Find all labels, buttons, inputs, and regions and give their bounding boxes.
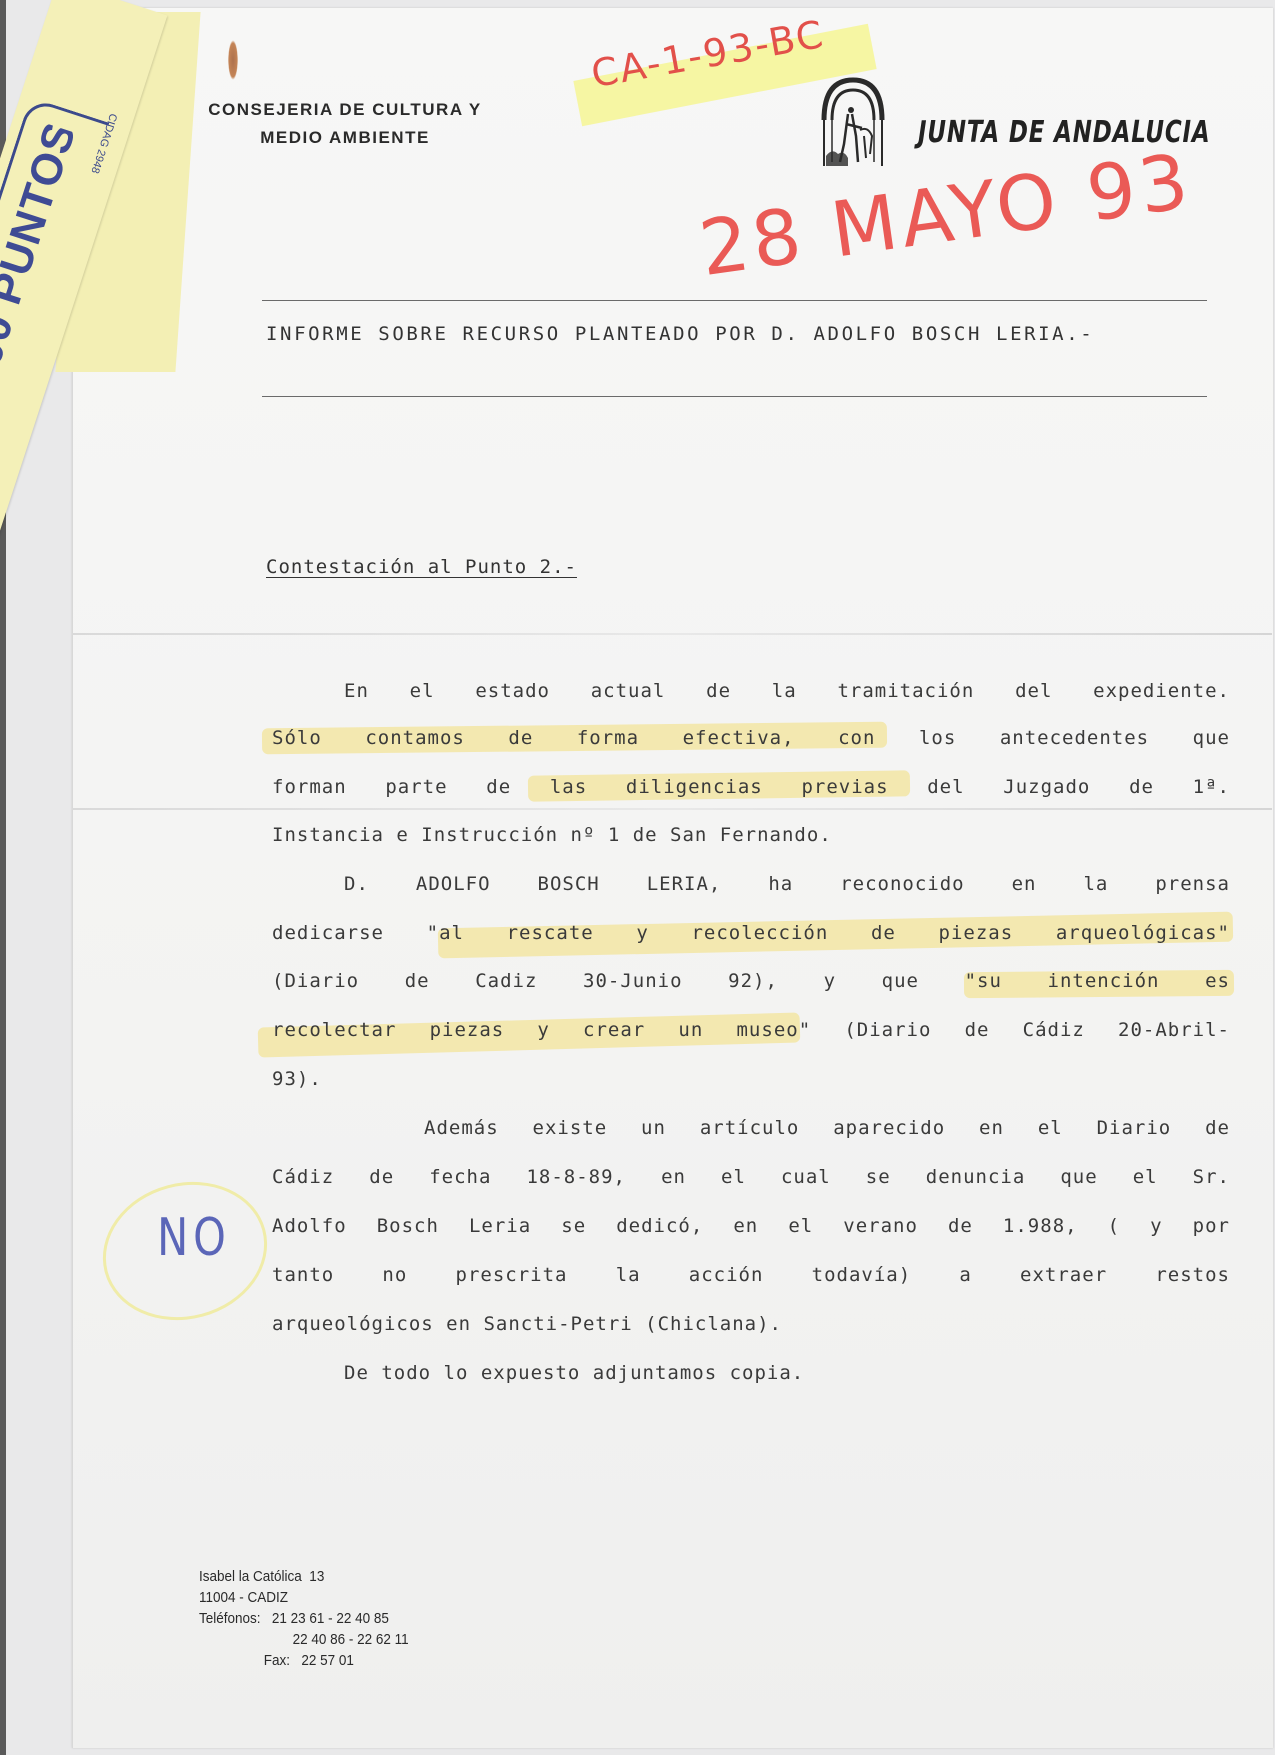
- footer-address: Isabel la Católica 13 11004 - CADIZ Telé…: [199, 1566, 409, 1671]
- body-line: Instancia e Instrucción nº 1 de San Fern…: [272, 822, 1230, 848]
- department-line-1: CONSEJERIA DE CULTURA Y: [190, 96, 500, 124]
- fax-number: 22 57 01: [301, 1652, 354, 1669]
- body-line: En el estado actual de la tramitación de…: [344, 678, 1230, 704]
- section-title: Contestación al Punto 2.-: [266, 556, 577, 578]
- body-line: D. ADOLFO BOSCH LERIA, ha reconocido en …: [344, 871, 1230, 897]
- body-line: Cádiz de fecha 18-8-89, en el cual se de…: [272, 1164, 1230, 1190]
- subject-top-rule: [262, 300, 1207, 301]
- body-line: forman parte de las diligencias previas …: [272, 774, 1230, 800]
- paper-fold: [72, 633, 1272, 635]
- margin-annotation: NO: [157, 1208, 230, 1268]
- body-line: (Diario de Cadiz 30-Junio 92), y que "su…: [272, 968, 1230, 994]
- staple-rust-mark: [228, 40, 238, 80]
- phone-numbers-2: 22 40 86 - 22 62 11: [293, 1631, 409, 1648]
- body-line: dedicarse "al rescate y recolección de p…: [272, 920, 1230, 946]
- body-line: Además existe un artículo aparecido en e…: [424, 1115, 1230, 1141]
- body-line: Sólo contamos de forma efectiva, con los…: [272, 725, 1230, 751]
- paper-fold: [72, 808, 1272, 810]
- body-line: Adolfo Bosch Leria se dedicó, en el vera…: [272, 1213, 1230, 1239]
- address-city: 11004 - CADIZ: [199, 1587, 409, 1608]
- department-name: CONSEJERIA DE CULTURA Y MEDIO AMBIENTE: [190, 96, 500, 152]
- fax-row: Fax: 22 57 01: [199, 1650, 409, 1671]
- body-line: arqueológicos en Sancti-Petri (Chiclana)…: [272, 1311, 1230, 1337]
- body-line: 93).: [272, 1066, 1230, 1092]
- phone-numbers-1: 21 23 61 - 22 40 85: [272, 1610, 389, 1627]
- body-line: tanto no prescrita la acción todavía) a …: [272, 1262, 1230, 1288]
- address-street: Isabel la Católica 13: [199, 1566, 409, 1587]
- subject-bottom-rule: [262, 396, 1207, 397]
- document-subject: INFORME SOBRE RECURSO PLANTEADO POR D. A…: [266, 323, 1094, 345]
- phones-row-2: 22 40 86 - 22 62 11: [199, 1629, 409, 1650]
- body-line: recolectar piezas y crear un museo" (Dia…: [272, 1017, 1230, 1043]
- phones-label: Teléfonos:: [199, 1610, 261, 1627]
- phones-row-1: Teléfonos: 21 23 61 - 22 40 85: [199, 1608, 409, 1629]
- fax-label: Fax:: [264, 1652, 290, 1669]
- body-line: De todo lo expuesto adjuntamos copia.: [344, 1360, 1230, 1386]
- department-line-2: MEDIO AMBIENTE: [190, 124, 500, 152]
- junta-andalucia-logo-icon: [818, 74, 888, 170]
